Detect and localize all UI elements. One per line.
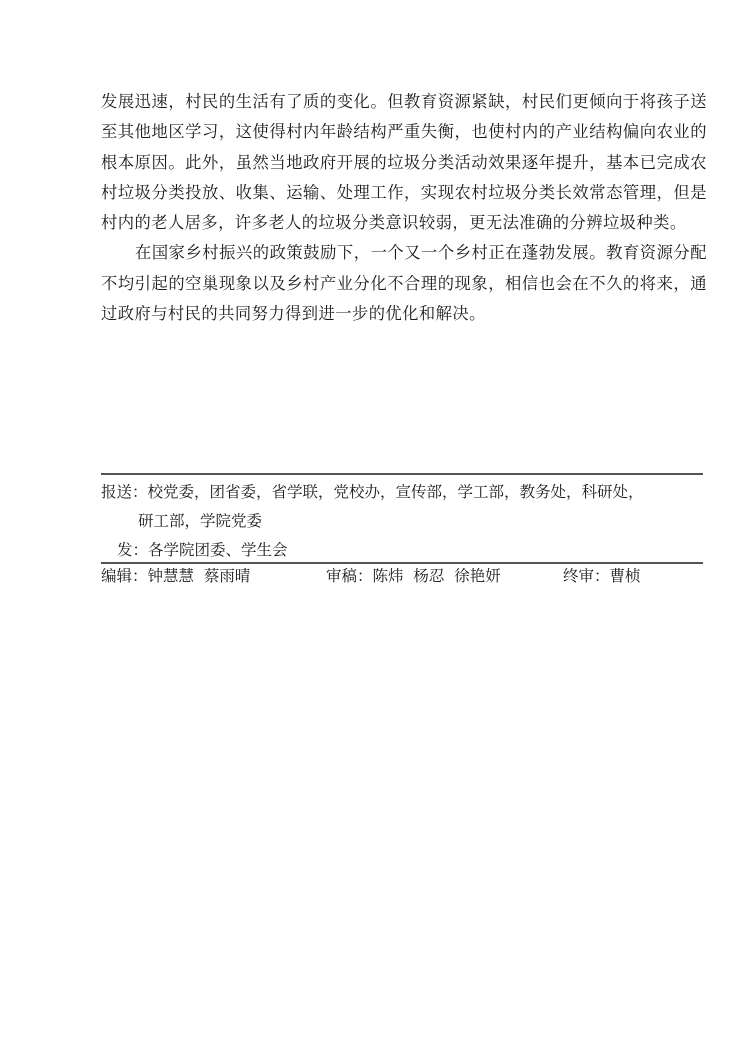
reviewer-credit: 审稿：陈炜 杨忍 徐艳妍 xyxy=(326,565,501,587)
document-page: 发展迅速，村民的生活有了质的变化。但教育资源紧缺，村民们更倾向于将孩子送至其他地… xyxy=(0,0,750,1060)
report-to-recipients-line2: 研工部，学院党委 xyxy=(138,512,262,530)
editor-names: 钟慧慧 蔡雨晴 xyxy=(148,567,251,585)
final-review-label: 终审： xyxy=(563,567,610,585)
final-review-credit: 终审：曹桢 xyxy=(563,565,641,587)
paragraph-1: 发展迅速，村民的生活有了质的变化。但教育资源紧缺，村民们更倾向于将孩子送至其他地… xyxy=(101,87,707,238)
reviewer-names: 陈炜 杨忍 徐艳妍 xyxy=(373,567,501,585)
distribution-block: 报送：校党委，团省委，省学联，党校办，宣传部，学工部，教务处，科研处， 研工部，… xyxy=(101,478,711,565)
distribution-top-rule xyxy=(101,473,703,475)
send-to-label: 发： xyxy=(117,541,148,559)
editor-credit: 编辑：钟慧慧 蔡雨晴 xyxy=(101,565,250,587)
paragraph-2: 在国家乡村振兴的政策鼓励下，一个又一个乡村正在蓬勃发展。教育资源分配不均引起的空… xyxy=(101,238,707,329)
report-to-row-continued: 研工部，学院党委 xyxy=(101,507,711,536)
article-body: 发展迅速，村民的生活有了质的变化。但教育资源紧缺，村民们更倾向于将孩子送至其他地… xyxy=(101,87,707,329)
send-to-recipients: 各学院团委、学生会 xyxy=(148,541,288,559)
final-reviewer-name: 曹桢 xyxy=(610,567,641,585)
report-to-label: 报送： xyxy=(101,483,148,501)
send-to-row: 发：各学院团委、学生会 xyxy=(101,536,711,565)
editor-label: 编辑： xyxy=(101,567,148,585)
footer-rule xyxy=(101,562,703,564)
report-to-row: 报送：校党委，团省委，省学联，党校办，宣传部，学工部，教务处，科研处， xyxy=(101,478,711,507)
reviewer-label: 审稿： xyxy=(326,567,373,585)
report-to-recipients-line1: 校党委，团省委，省学联，党校办，宣传部，学工部，教务处，科研处， xyxy=(148,483,644,501)
